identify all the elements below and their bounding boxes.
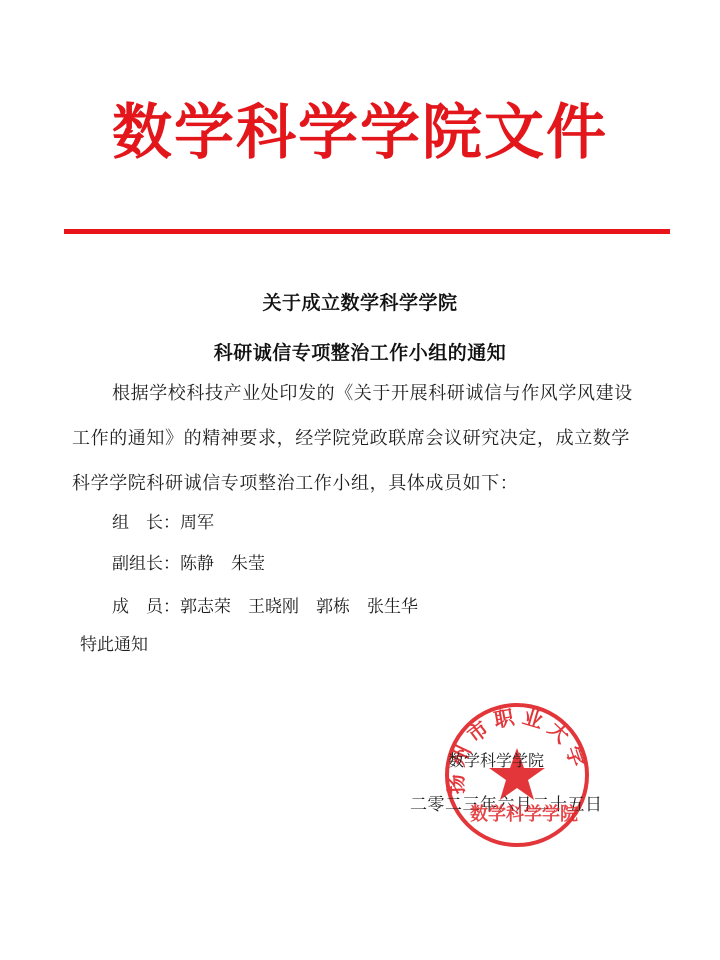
member-row-leader: 组 长：周军 — [112, 508, 214, 533]
role-label: 组 长： — [112, 513, 180, 533]
notice-title-line-2: 科研诚信专项整治工作小组的通知 — [0, 338, 720, 365]
header-red-rule — [64, 229, 670, 234]
role-label: 成 员： — [112, 597, 180, 617]
body-paragraph-line-2: 工作的通知》的精神要求，经学院党政联席会议研究决定，成立数学 — [72, 424, 652, 450]
member-names: 郭志荣 王晓刚 郭栋 张生华 — [180, 597, 418, 617]
body-paragraph-line-1: 根据学校科技产业处印发的《关于开展科研诚信与作风学风建设 — [112, 379, 692, 405]
seal-bottom-text: 数学科学学院 — [470, 800, 578, 826]
closing-text: 特此通知 — [80, 630, 148, 655]
member-row-members: 成 员：郭志荣 王晓刚 郭栋 张生华 — [112, 592, 418, 617]
body-paragraph-line-3: 科学学院科研诚信专项整治工作小组，具体成员如下： — [72, 469, 652, 495]
official-seal: 扬州市职业大学 — [444, 702, 590, 848]
member-names: 陈静 朱莹 — [180, 554, 265, 574]
issuer-signature: 数学科学学院 — [448, 748, 544, 771]
seal-icon: 扬州市职业大学 — [444, 702, 590, 848]
document-masthead: 数学科学学院文件 — [0, 98, 720, 168]
role-label: 副组长： — [112, 554, 180, 574]
notice-title-line-1: 关于成立数学科学学院 — [0, 288, 720, 315]
member-names: 周军 — [180, 513, 214, 533]
member-row-deputy: 副组长：陈静 朱莹 — [112, 549, 265, 574]
